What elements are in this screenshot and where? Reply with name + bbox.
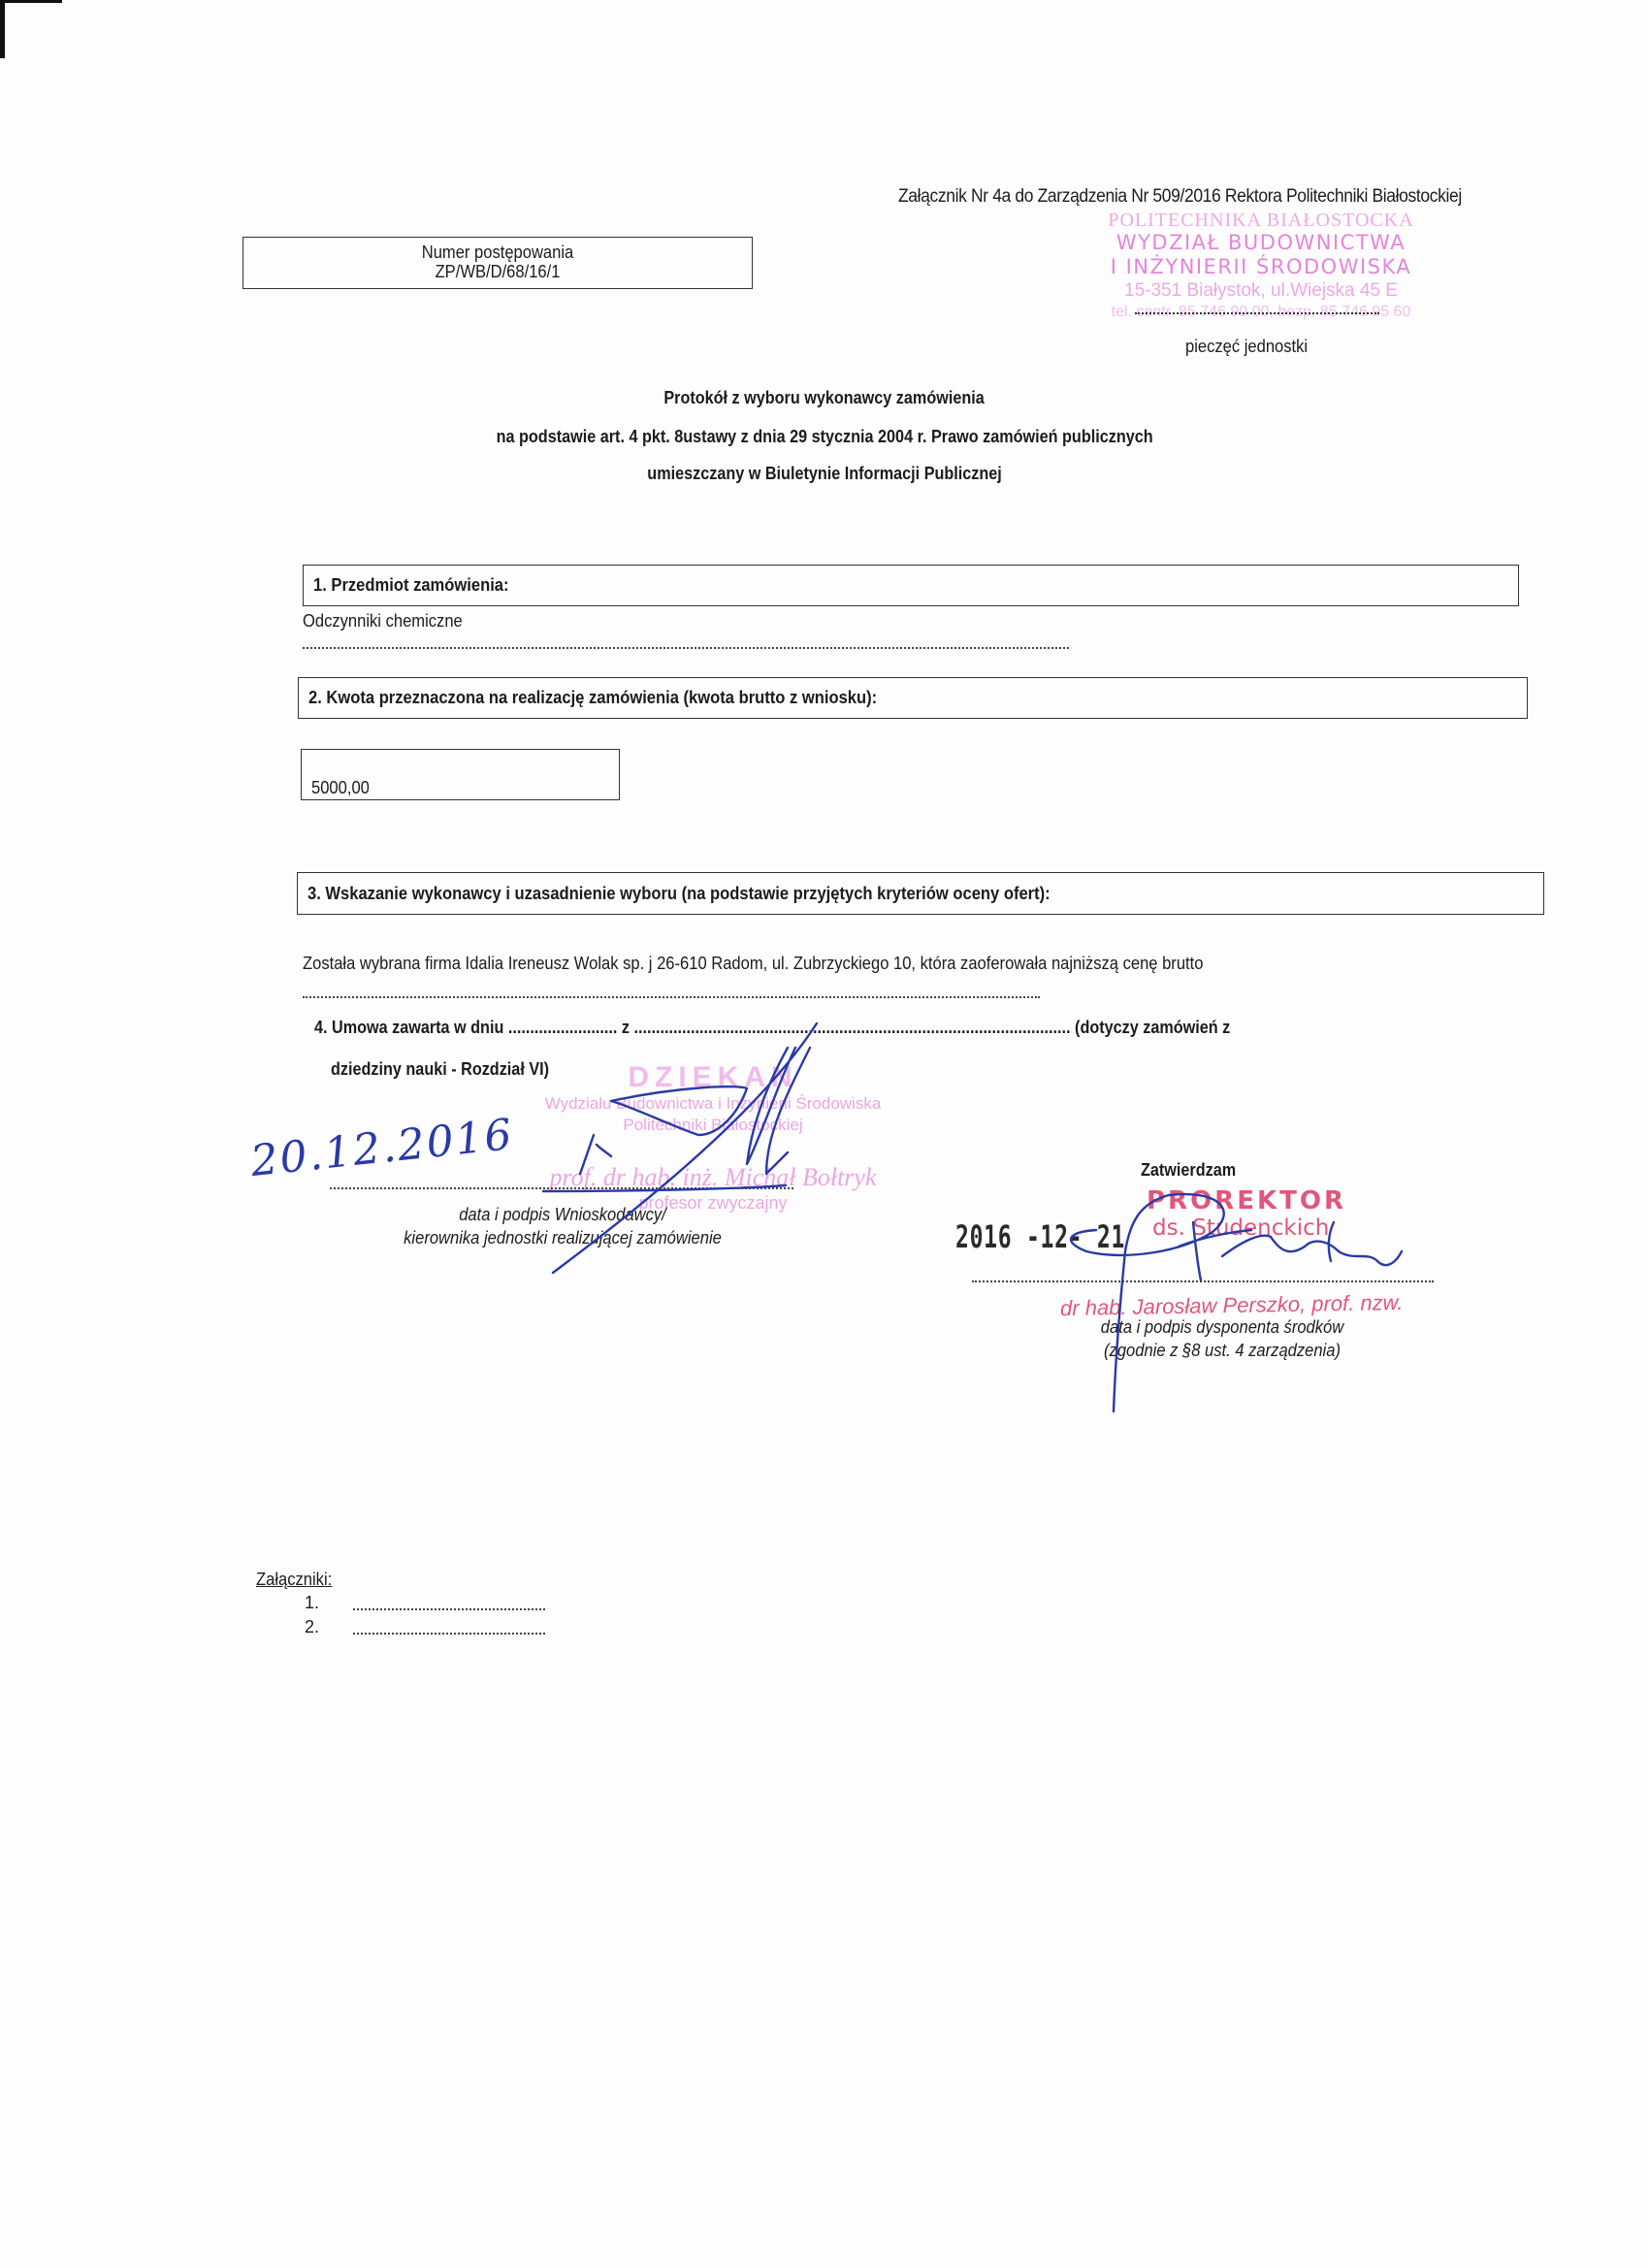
scan-edge-mark bbox=[0, 0, 62, 3]
case-number: ZP/WB/D/68/16/1 bbox=[264, 262, 731, 281]
section-3-heading: 3. Wskazanie wykonawcy i uzasadnienie wy… bbox=[297, 872, 1544, 915]
order-subject: Odczynniki chemiczne bbox=[303, 611, 463, 632]
prorector-stamp: PROREKTOR ds. Studenckich bbox=[1147, 1187, 1346, 1242]
dotted-line bbox=[303, 996, 1040, 998]
disposer-signature-label: data i podpis dysponenta środków (zgodni… bbox=[1028, 1315, 1416, 1362]
dotted-line bbox=[303, 647, 1069, 649]
unit-stamp: POLITECHNIKA BIAŁOSTOCKA WYDZIAŁ BUDOWNI… bbox=[1086, 210, 1436, 322]
unit-stamp-line: I INŻYNIERII ŚRODOWISKA bbox=[1086, 255, 1436, 279]
signature-line bbox=[972, 1280, 1434, 1282]
unit-stamp-line: POLITECHNIKA BIAŁOSTOCKA bbox=[1086, 210, 1436, 231]
section-4-contract: 4. Umowa zawarta w dniu ................… bbox=[314, 1018, 1230, 1038]
scan-edge-mark bbox=[0, 0, 5, 58]
approval-label: Zatwierdzam bbox=[1141, 1160, 1236, 1181]
section-4-contract-note: dziedziny nauki - Rozdział VI) bbox=[331, 1059, 549, 1080]
attachment-number: 2. bbox=[305, 1617, 319, 1637]
dean-stamp-line: Politechniki Białostockiej bbox=[529, 1115, 897, 1136]
document-subtitle: umieszczany w Biuletynie Informacji Publ… bbox=[0, 464, 1649, 484]
attachment-dotted-line bbox=[353, 1633, 545, 1635]
unit-stamp-line: WYDZIAŁ BUDOWNICTWA bbox=[1086, 231, 1436, 255]
document-subtitle: na podstawie art. 4 pkt. 8ustawy z dnia … bbox=[0, 427, 1649, 447]
selected-contractor: Została wybrana firma Idalia Ireneusz Wo… bbox=[303, 954, 1203, 974]
signature-line bbox=[330, 1187, 793, 1189]
annex-note: Załącznik Nr 4a do Zarządzenia Nr 509/20… bbox=[898, 186, 1462, 208]
unit-stamp-line: 15-351 Białystok, ul.Wiejska 45 E bbox=[1086, 279, 1436, 303]
attachments-heading: Załączniki: bbox=[256, 1570, 332, 1590]
amount-value: 5000,00 bbox=[311, 778, 370, 798]
approval-date-stamp: 2016 -12- 21 bbox=[955, 1218, 1125, 1255]
document-title: Protokół z wyboru wykonawcy zamówienia bbox=[0, 388, 1649, 408]
attachment-dotted-line bbox=[353, 1608, 545, 1610]
handwritten-date: 20.12.2016 bbox=[248, 1110, 516, 1186]
applicant-signature-label: data i podpis Wnioskodawcy/ kierownika j… bbox=[330, 1203, 795, 1249]
prorector-stamp-title: PROREKTOR bbox=[1147, 1187, 1346, 1215]
section-2-heading: 2. Kwota przeznaczona na realizację zamó… bbox=[298, 677, 1528, 719]
case-number-label: Numer postępowania bbox=[264, 243, 731, 262]
section-1-heading: 1. Przedmiot zamówienia: bbox=[303, 565, 1519, 606]
dean-stamp-title: DZIEKAN bbox=[529, 1062, 897, 1093]
stamp-dotted-line bbox=[1135, 312, 1379, 314]
prorector-stamp-subtitle: ds. Studenckich bbox=[1147, 1215, 1346, 1242]
case-number-box: Numer postępowania ZP/WB/D/68/16/1 bbox=[242, 237, 753, 289]
attachment-number: 1. bbox=[305, 1593, 319, 1613]
dean-stamp-line: Wydziału Budownictwa i Inżynierii Środow… bbox=[529, 1093, 897, 1115]
unit-stamp-label: pieczęć jednostki bbox=[1185, 337, 1308, 357]
